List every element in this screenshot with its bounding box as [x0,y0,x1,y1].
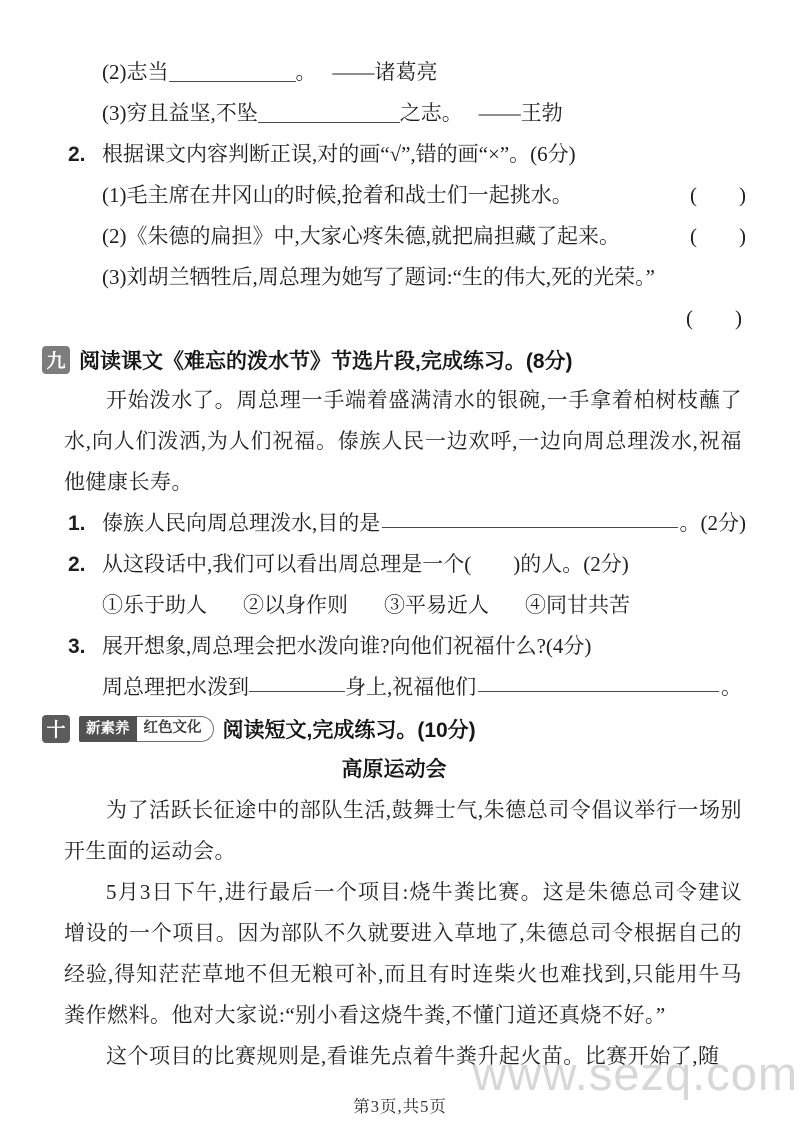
judge-item-1: (1)毛主席在井冈山的时候,抢着和战士们一起挑水。 ( ) [42,175,746,216]
fill-item-2: (2)志当。——诸葛亮 [42,52,746,93]
answer-blank [249,667,345,692]
section-number-badge: 九 [42,346,70,374]
s9-question-3: 3. 展开想象,周总理会把水泼向谁?向他们祝福什么?(4分) [42,626,746,667]
s9-q3-answer-line: 周总理把水泼到 身上,祝福他们 。 [42,667,746,708]
question-score: 。(2分) [680,503,747,544]
tag-new-suyang: 新素养 [79,716,137,742]
tag-badges: 新素养 红色文化 [79,716,214,742]
option-3: ③平易近人 [384,585,489,626]
answer-line-text: 周总理把水泼到 [102,667,249,708]
section-10-header: 十 新素养 红色文化 阅读短文,完成练习。(10分) [42,708,746,749]
s9-question-1: 1. 傣族人民向周总理泼水,目的是 。(2分) [42,503,746,544]
question-text: 从这段话中,我们可以看出周总理是一个( )的人。(2分) [102,544,629,585]
fill-item-punct: 。 [296,60,317,84]
page-content: (2)志当。——诸葛亮 (3)穷且益坚,不坠之志。——王勃 2. 根据课文内容判… [42,52,746,1077]
section-title: 阅读课文《难忘的泼水节》节选片段,完成练习。(8分) [79,345,573,375]
question-number: 2. [68,544,102,585]
question-text: 傣族人民向周总理泼水,目的是 [102,503,380,544]
reading-paragraph-2: 5月3日下午,进行最后一个项目:烧牛粪比赛。这是朱德总司令建议增设的一个项目。因… [64,872,742,1036]
section-title: 阅读短文,完成练习。(10分) [223,714,476,744]
fill-item-text: (2)志当 [102,60,169,84]
question-number: 3. [68,626,102,667]
section-9-header: 九 阅读课文《难忘的泼水节》节选片段,完成练习。(8分) [42,339,746,380]
s9-question-2: 2. 从这段话中,我们可以看出周总理是一个( )的人。(2分) [42,544,746,585]
passage-title: 高原运动会 [42,749,746,790]
question-2: 2. 根据课文内容判断正误,对的画“√”,错的画“×”。(6分) [42,134,746,175]
question-text: 根据课文内容判断正误,对的画“√”,错的画“×”。(6分) [102,134,576,175]
answer-line-text: 身上,祝福他们 [345,667,476,708]
reading-passage: 开始泼水了。周总理一手端着盛满清水的银碗,一手拿着柏树枝蘸了水,向人们泼洒,为人… [64,380,742,503]
answer-bracket: ( ) [686,306,742,330]
judge-item-text: (2)《朱德的扁担》中,大家心疼朱德,就把扁担藏了起来。 [102,216,690,257]
section-number-badge: 十 [42,715,70,743]
fill-item-3: (3)穷且益坚,不坠之志。——王勃 [42,93,746,134]
question-text: 展开想象,周总理会把水泼向谁?向他们祝福什么?(4分) [102,626,591,667]
question-number: 1. [68,503,102,544]
s9-q2-options: ①乐于助人 ②以身作则 ③平易近人 ④同甘共苦 [42,585,746,626]
reading-paragraph-1: 为了活跃长征途中的部队生活,鼓舞士气,朱德总司令倡议举行一场别开生面的运动会。 [64,790,742,872]
answer-bracket: ( ) [690,216,746,257]
answer-bracket: ( ) [690,175,746,216]
page-number: 第3页,共5页 [0,1093,800,1117]
answer-blank [382,503,677,528]
quote-author: ——王勃 [479,101,563,125]
option-4: ④同甘共苦 [525,585,630,626]
worksheet-page: (2)志当。——诸葛亮 (3)穷且益坚,不坠之志。——王勃 2. 根据课文内容判… [0,0,800,1131]
judge-item-2: (2)《朱德的扁担》中,大家心疼朱德,就把扁担藏了起来。 ( ) [42,216,746,257]
judge-item-text: (1)毛主席在井冈山的时候,抢着和战士们一起挑水。 [102,175,690,216]
option-2: ②以身作则 [243,585,348,626]
quote-author: ——诸葛亮 [333,60,438,84]
option-1: ①乐于助人 [102,585,207,626]
fill-item-text: (3)穷且益坚,不坠 [102,101,258,125]
answer-blank [478,667,719,692]
question-number: 2. [68,134,102,175]
judge-item-3-bracket-line: ( ) [42,298,746,339]
tag-red-culture: 红色文化 [137,716,214,742]
answer-blank [169,57,296,82]
judge-item-3: (3)刘胡兰牺牲后,周总理为她写了题词:“生的伟大,死的光荣。” [42,257,746,298]
answer-line-punct: 。 [721,667,742,708]
fill-item-punct: 之志。 [400,101,463,125]
answer-blank [258,98,400,123]
site-watermark: www.sezq.com [473,1050,798,1097]
judge-item-text: (3)刘胡兰牺牲后,周总理为她写了题词:“生的伟大,死的光荣。” [102,257,746,298]
